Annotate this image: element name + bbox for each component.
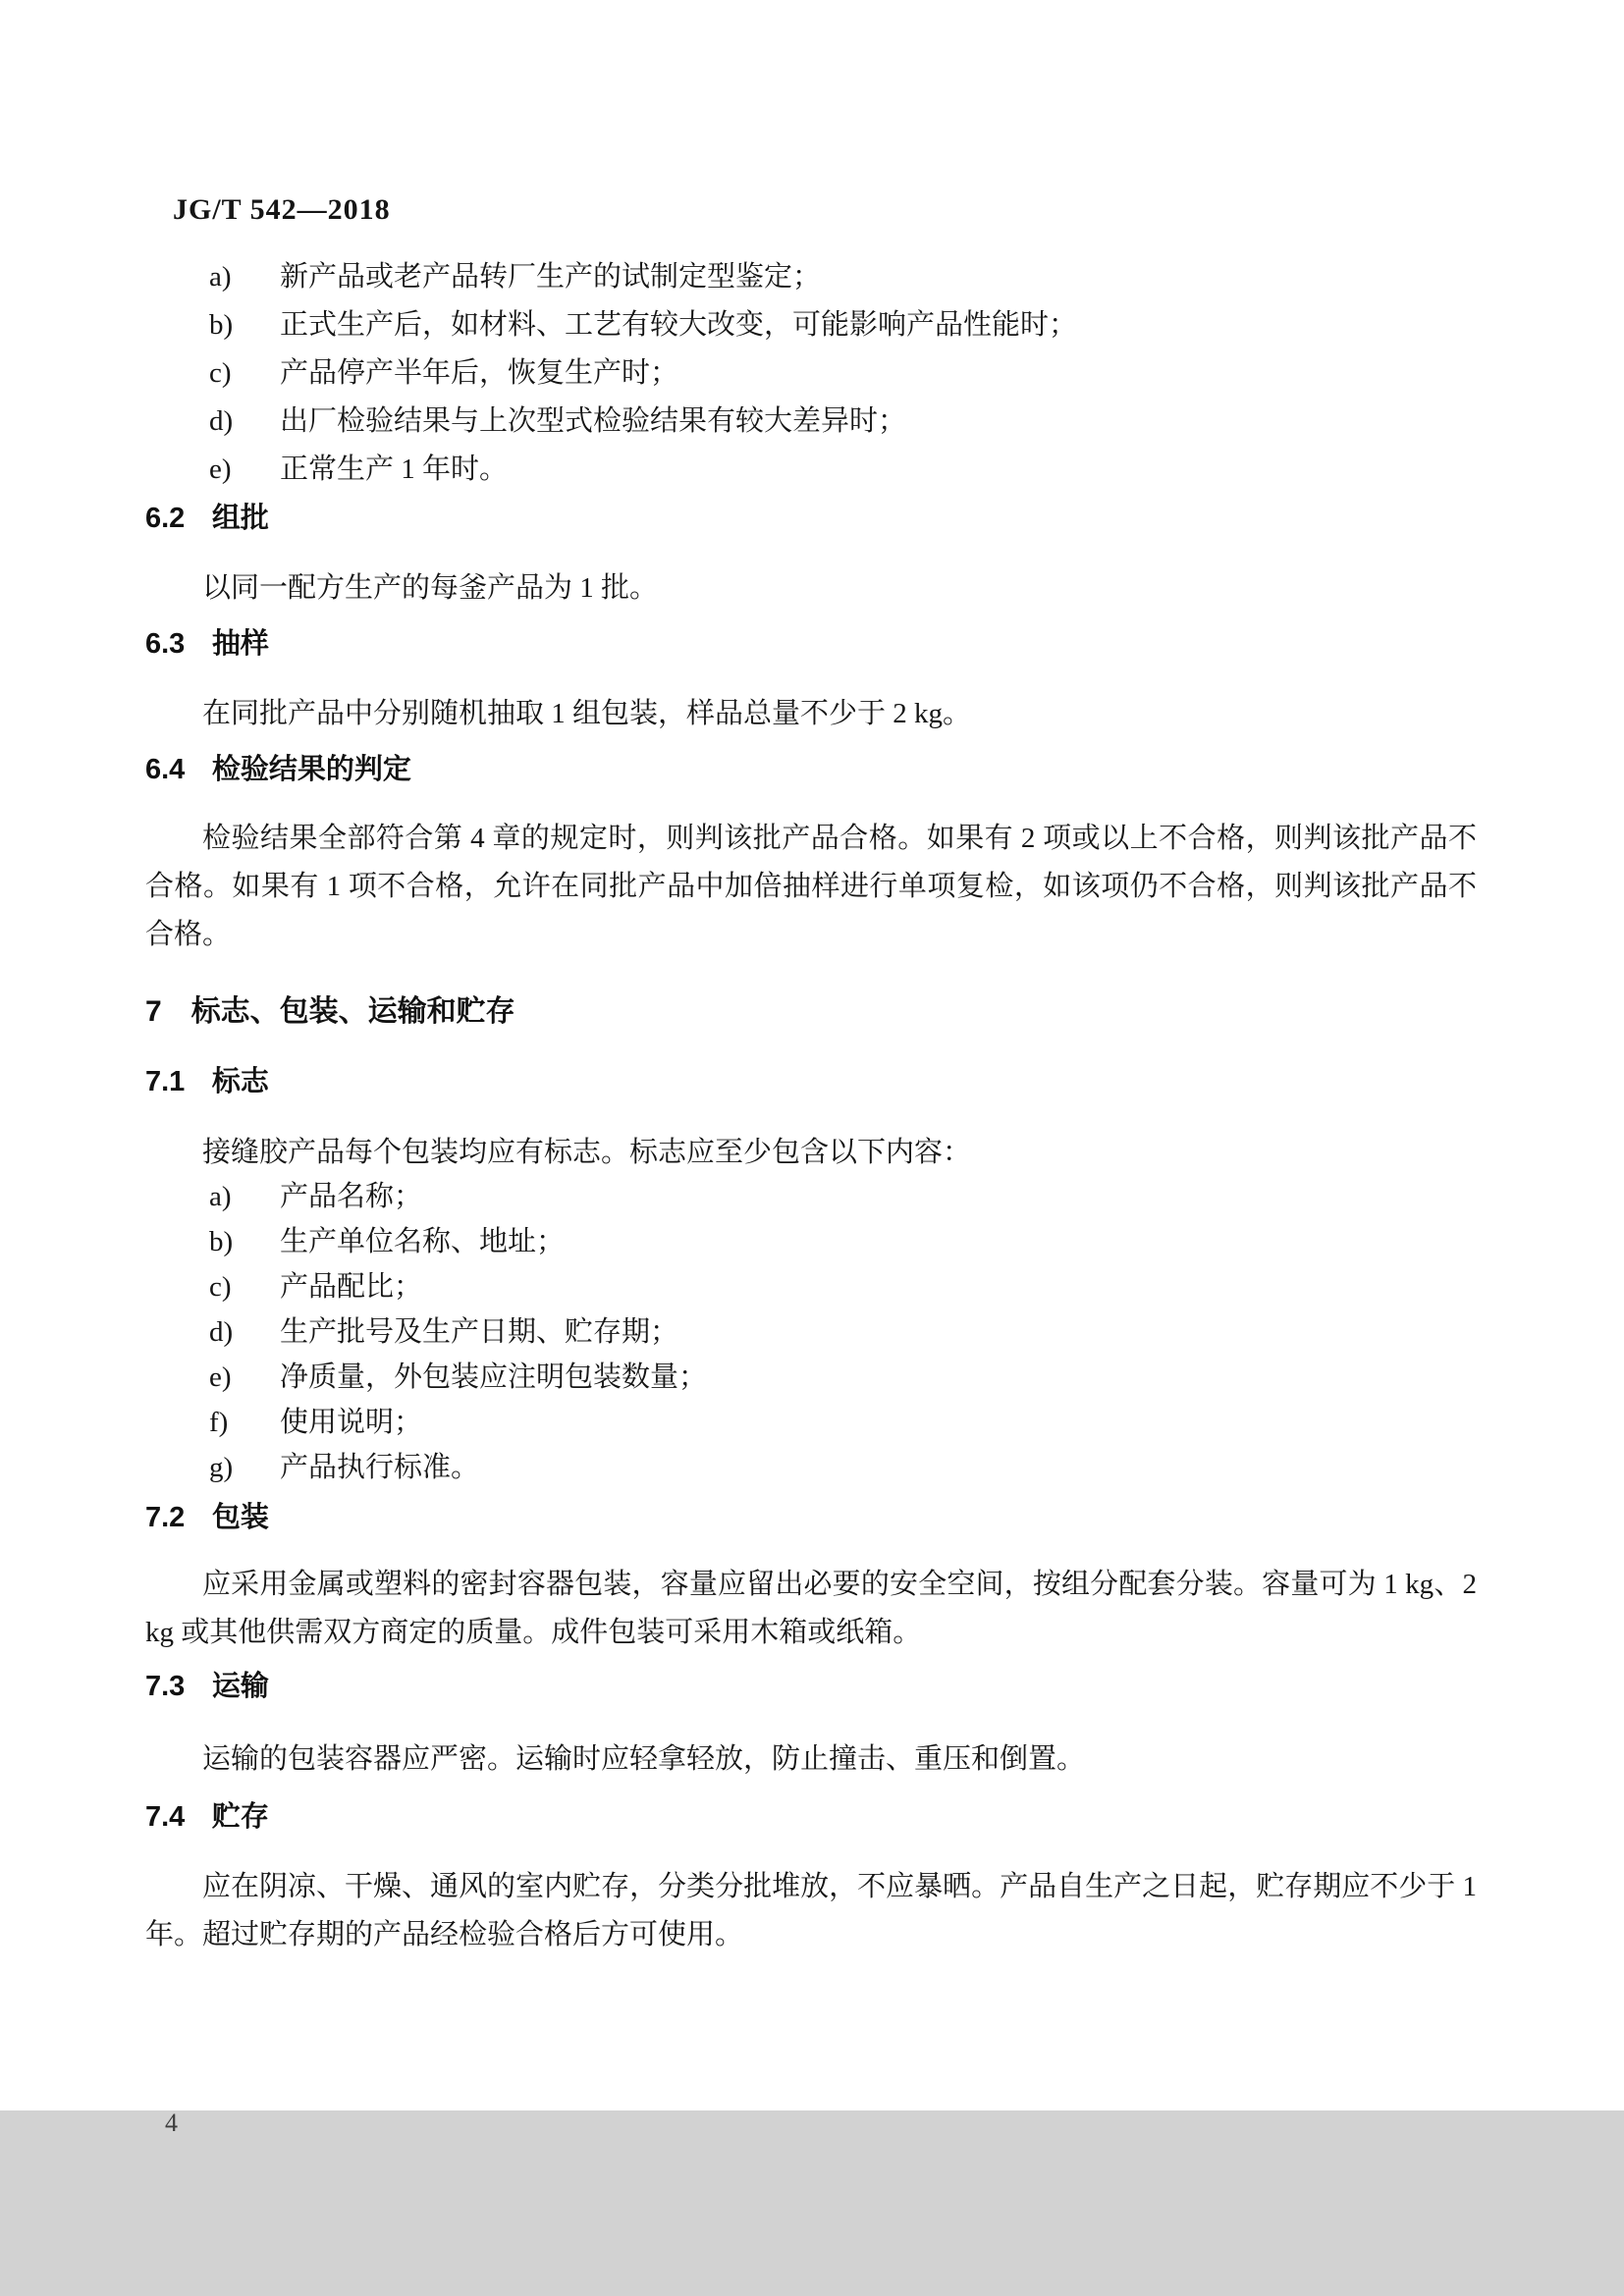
document-page: JG/T 542—2018 a) 新产品或老产品转厂生产的试制定型鉴定； b) … bbox=[0, 0, 1624, 2296]
list-item-text: 正常生产 1 年时。 bbox=[280, 454, 508, 485]
list-item-label: f) bbox=[209, 1400, 228, 1445]
section-7-1-intro: 接缝胶产品每个包装均应有标志。标志应至少包含以下内容： bbox=[145, 1129, 1477, 1177]
section-number: 6.2 bbox=[145, 501, 185, 536]
section-number: 7.4 bbox=[145, 1799, 185, 1835]
list-item-text: 正式生产后，如材料、工艺有较大改变，可能影响产品性能时； bbox=[280, 309, 1077, 341]
section-7-2-paragraph: 应采用金属或塑料的密封容器包装，容量应留出必要的安全空间，按组分配套分装。容量可… bbox=[145, 1561, 1477, 1657]
list-item: g) 产品执行标准。 bbox=[145, 1445, 1477, 1490]
list-item: e) 正常生产 1 年时。 bbox=[145, 446, 1477, 494]
list-item-text: 产品执行标准。 bbox=[280, 1452, 479, 1483]
list-item: e) 净质量，外包装应注明包装数量； bbox=[145, 1355, 1477, 1400]
list-item: a) 产品名称； bbox=[145, 1174, 1477, 1219]
list-item: b) 生产单位名称、地址； bbox=[145, 1219, 1477, 1264]
section-number: 7.3 bbox=[145, 1669, 185, 1704]
section-6-2-paragraph: 以同一配方生产的每釜产品为 1 批。 bbox=[145, 564, 1477, 613]
section-heading-6-2: 6.2 组批 bbox=[145, 501, 1477, 536]
section-6-4-paragraph: 检验结果全部符合第 4 章的规定时，则判该批产品合格。如果有 2 项或以上不合格… bbox=[145, 815, 1477, 959]
section-6-3-paragraph: 在同批产品中分别随机抽取 1 组包装，样品总量不少于 2 kg。 bbox=[145, 690, 1477, 738]
section-title: 组批 bbox=[212, 501, 269, 536]
list-item-text: 生产单位名称、地址； bbox=[280, 1226, 565, 1257]
list-item-text: 净质量，外包装应注明包装数量； bbox=[280, 1362, 707, 1393]
list-item-text: 产品名称； bbox=[280, 1181, 422, 1212]
section-heading-6-4: 6.4 检验结果的判定 bbox=[145, 752, 1477, 787]
page-content: a) 新产品或老产品转厂生产的试制定型鉴定； b) 正式生产后，如材料、工艺有较… bbox=[145, 0, 1477, 2296]
list-item-label: e) bbox=[209, 1355, 232, 1400]
list-item-label: a) bbox=[209, 1174, 232, 1219]
section-number: 6.3 bbox=[145, 626, 185, 662]
list-item-label: c) bbox=[209, 1264, 232, 1309]
section-heading-7-3: 7.3 运输 bbox=[145, 1669, 1477, 1704]
list-item-text: 新产品或老产品转厂生产的试制定型鉴定； bbox=[280, 261, 821, 293]
section-7-4-paragraph: 应在阴凉、干燥、通风的室内贮存，分类分批堆放，不应暴晒。产品自生产之日起，贮存期… bbox=[145, 1863, 1477, 1959]
section-7-3-paragraph: 运输的包装容器应严密。运输时应轻拿轻放，防止撞击、重压和倒置。 bbox=[145, 1735, 1477, 1784]
list-item: f) 使用说明； bbox=[145, 1400, 1477, 1445]
section-title: 标志、包装、运输和贮存 bbox=[191, 994, 515, 1030]
list-item: d) 出厂检验结果与上次型式检验结果有较大差异时； bbox=[145, 398, 1477, 446]
list-item-label: e) bbox=[209, 446, 232, 494]
section-title: 抽样 bbox=[212, 626, 269, 662]
scan-footer-band bbox=[0, 2110, 1624, 2296]
list-item: c) 产品配比； bbox=[145, 1264, 1477, 1309]
section-heading-7-1: 7.1 标志 bbox=[145, 1064, 1477, 1099]
list-item: c) 产品停产半年后，恢复生产时； bbox=[145, 349, 1477, 398]
section-heading-7-2: 7.2 包装 bbox=[145, 1500, 1477, 1535]
marking-contents-list: a) 产品名称； b) 生产单位名称、地址； c) 产品配比； d) 生产批号及… bbox=[145, 1174, 1477, 1490]
list-item: b) 正式生产后，如材料、工艺有较大改变，可能影响产品性能时； bbox=[145, 301, 1477, 349]
list-item-label: d) bbox=[209, 398, 233, 446]
list-item: a) 新产品或老产品转厂生产的试制定型鉴定； bbox=[145, 253, 1477, 301]
list-item-text: 出厂检验结果与上次型式检验结果有较大差异时； bbox=[280, 405, 906, 437]
section-number: 7.1 bbox=[145, 1064, 185, 1099]
list-item-label: b) bbox=[209, 301, 233, 349]
list-item-text: 产品停产半年后，恢复生产时； bbox=[280, 357, 678, 389]
section-title: 包装 bbox=[212, 1500, 269, 1535]
list-item-text: 生产批号及生产日期、贮存期； bbox=[280, 1316, 678, 1348]
page-number: 4 bbox=[165, 2109, 178, 2138]
list-item: d) 生产批号及生产日期、贮存期； bbox=[145, 1309, 1477, 1355]
section-heading-6-3: 6.3 抽样 bbox=[145, 626, 1477, 662]
section-title: 标志 bbox=[212, 1064, 269, 1099]
section-number: 7.2 bbox=[145, 1500, 185, 1535]
list-item-label: d) bbox=[209, 1309, 233, 1355]
type-inspection-conditions-list: a) 新产品或老产品转厂生产的试制定型鉴定； b) 正式生产后，如材料、工艺有较… bbox=[145, 253, 1477, 494]
section-number: 6.4 bbox=[145, 752, 185, 787]
list-item-text: 产品配比； bbox=[280, 1271, 422, 1303]
section-title: 运输 bbox=[212, 1669, 269, 1704]
list-item-label: b) bbox=[209, 1219, 233, 1264]
section-heading-7-4: 7.4 贮存 bbox=[145, 1799, 1477, 1835]
clause-7-heading: 7 标志、包装、运输和贮存 bbox=[145, 994, 1477, 1030]
section-number: 7 bbox=[145, 994, 162, 1030]
list-item-label: c) bbox=[209, 349, 232, 398]
list-item-text: 使用说明； bbox=[280, 1407, 422, 1438]
list-item-label: a) bbox=[209, 253, 232, 301]
list-item-label: g) bbox=[209, 1445, 233, 1490]
section-title: 贮存 bbox=[212, 1799, 269, 1835]
section-title: 检验结果的判定 bbox=[212, 752, 411, 787]
